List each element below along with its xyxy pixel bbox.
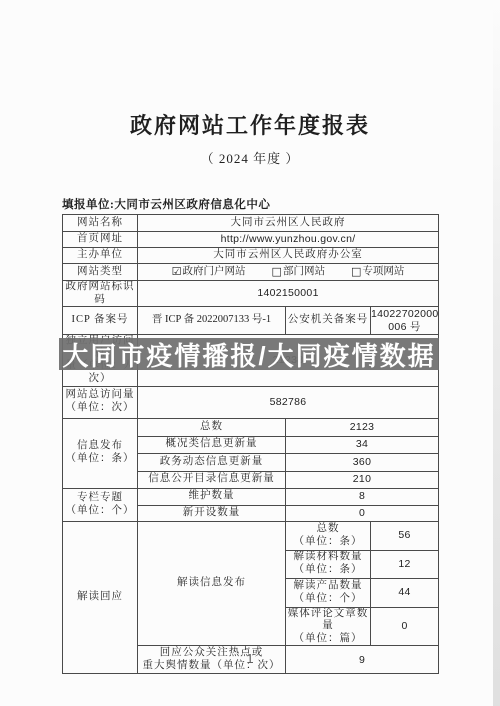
report-document-page: 政府网站工作年度报表 （ 2024 年度 ） 填报单位:大同市云州区政府信息化中… [0, 0, 500, 706]
interpretation-item-value: 56 [371, 521, 439, 550]
interpretation-item-label-line1: 媒体评论文章数量 [286, 608, 370, 633]
report-unit-value: 大同市云州区政府信息化中心 [114, 199, 270, 211]
table-row: 信息发布 （单位：条） 总数 2123 [63, 418, 439, 436]
interpretation-item-label: 媒体评论文章数量 （单位：篇） [286, 607, 371, 646]
page-number: 1 [0, 651, 500, 666]
police-record-label: 公安机关备案号 [286, 307, 371, 335]
info-release-item-label: 概况类信息更新量 [138, 436, 286, 453]
info-release-group-label: 信息发布 （单位：条） [63, 418, 138, 488]
total-visits-label-line1: 网站总访问量 [63, 389, 137, 402]
interpretation-item-value: 0 [371, 607, 439, 646]
table-row: 主办单位 大同市云州区人民政府办公室 [63, 248, 439, 264]
site-code-value: 1402150001 [138, 281, 439, 307]
info-release-item-value: 2123 [286, 418, 439, 436]
table-row: 专栏专题 （单位：个） 维护数量 8 [63, 488, 439, 505]
interpretation-item-label-line2: （单位：条） [286, 536, 370, 549]
police-record-value-line2: 006 号 [371, 321, 438, 334]
site-type-label: 网站类型 [63, 264, 138, 281]
icp-value: 晋 ICP 备 2022007133 号-1 [138, 307, 286, 335]
site-type-option-portal: ☑政府门户网站 [172, 265, 246, 278]
info-release-item-value: 360 [286, 453, 439, 471]
info-release-item-label: 信息公开目录信息更新量 [138, 471, 286, 488]
table-row: ICP 备案号 晋 ICP 备 2022007133 号-1 公安机关备案号 1… [63, 307, 439, 335]
interpretation-item-label: 总数 （单位：条） [286, 521, 371, 550]
info-release-item-value: 210 [286, 471, 439, 488]
special-topics-item-value: 8 [286, 488, 439, 505]
info-release-item-value: 34 [286, 436, 439, 453]
report-unit-label: 填报单位: [62, 199, 114, 211]
watermark-banner: 大同市疫情播报/大同疫情数据 [59, 338, 439, 370]
option-label: 部门网站 [283, 266, 325, 279]
report-unit-line: 填报单位:大同市云州区政府信息化中心 [62, 196, 270, 212]
option-label: 专项网站 [362, 266, 404, 279]
police-record-value: 14022702000 006 号 [371, 307, 439, 335]
interpretation-item-label: 解读产品数量 （单位：个） [286, 578, 371, 607]
site-type-options: ☑政府门户网站 □部门网站 □专项网站 [138, 264, 439, 281]
table-row: 首页网址 http://www.yunzhou.gov.cn/ [63, 232, 439, 248]
interpretation-release-label: 解读信息发布 [138, 521, 286, 646]
info-release-label-line2: （单位：条） [63, 453, 137, 466]
organizer-label: 主办单位 [63, 248, 138, 264]
table-row: 解读回应 解读信息发布 总数 （单位：条） 56 [63, 521, 439, 550]
interpretation-item-label-line1: 解读材料数量 [286, 551, 370, 564]
site-name-label: 网站名称 [63, 215, 138, 232]
interpretation-item-value: 44 [371, 578, 439, 607]
organizer-value: 大同市云州区人民政府办公室 [138, 248, 439, 264]
home-url-label: 首页网址 [63, 232, 138, 248]
interpretation-item-label-line2: （单位：个） [286, 593, 370, 606]
interpretation-item-value: 12 [371, 550, 439, 578]
page-title: 政府网站工作年度报表 [0, 109, 500, 140]
table-row: 网站总访问量 （单位：次） 582786 [63, 386, 439, 418]
interpretation-item-label-line2: （单位：篇） [286, 633, 370, 646]
interpretation-item-label-line1: 总数 [286, 523, 370, 536]
total-visits-label-line2: （单位：次） [63, 402, 137, 415]
special-topics-label-line1: 专栏专题 [63, 492, 137, 505]
info-release-item-label: 政务动态信息更新量 [138, 453, 286, 471]
police-record-value-line1: 14022702000 [371, 308, 438, 321]
total-visits-label: 网站总访问量 （单位：次） [63, 386, 138, 418]
icp-label: ICP 备案号 [63, 307, 138, 335]
site-type-option-department: □部门网站 [272, 265, 325, 278]
site-name-value: 大同市云州区人民政府 [138, 215, 439, 232]
total-visits-value: 582786 [138, 386, 439, 418]
site-code-label: 政府网站标识码 [63, 281, 138, 307]
interpretation-item-label: 解读材料数量 （单位：条） [286, 550, 371, 578]
special-topics-label-line2: （单位：个） [63, 505, 137, 518]
special-topics-group-label: 专栏专题 （单位：个） [63, 488, 138, 521]
page-subtitle: （ 2024 年度 ） [0, 148, 500, 167]
annual-report-table: 网站名称 大同市云州区人民政府 首页网址 http://www.yunzhou.… [62, 214, 439, 674]
table-row: 网站类型 ☑政府门户网站 □部门网站 □专项网站 [63, 264, 439, 281]
checked-checkbox-icon: ☑ [172, 265, 182, 278]
special-topics-item-label: 新开设数量 [138, 505, 286, 521]
special-topics-item-value: 0 [286, 505, 439, 521]
unchecked-checkbox-icon: □ [272, 265, 282, 278]
option-label: 政府门户网站 [183, 266, 246, 279]
site-type-option-special: □专项网站 [351, 265, 404, 278]
scan-edge-shadow [493, 0, 500, 706]
info-release-label-line1: 信息发布 [63, 440, 137, 453]
interpretation-item-label-line1: 解读产品数量 [286, 580, 370, 593]
special-topics-item-label: 维护数量 [138, 488, 286, 505]
unchecked-checkbox-icon: □ [351, 265, 361, 278]
table-row: 政府网站标识码 1402150001 [63, 281, 439, 307]
home-url-value: http://www.yunzhou.gov.cn/ [138, 232, 439, 248]
info-release-item-label: 总数 [138, 418, 286, 436]
table-row: 网站名称 大同市云州区人民政府 [63, 215, 439, 232]
interpretation-item-label-line2: （单位：条） [286, 564, 370, 577]
